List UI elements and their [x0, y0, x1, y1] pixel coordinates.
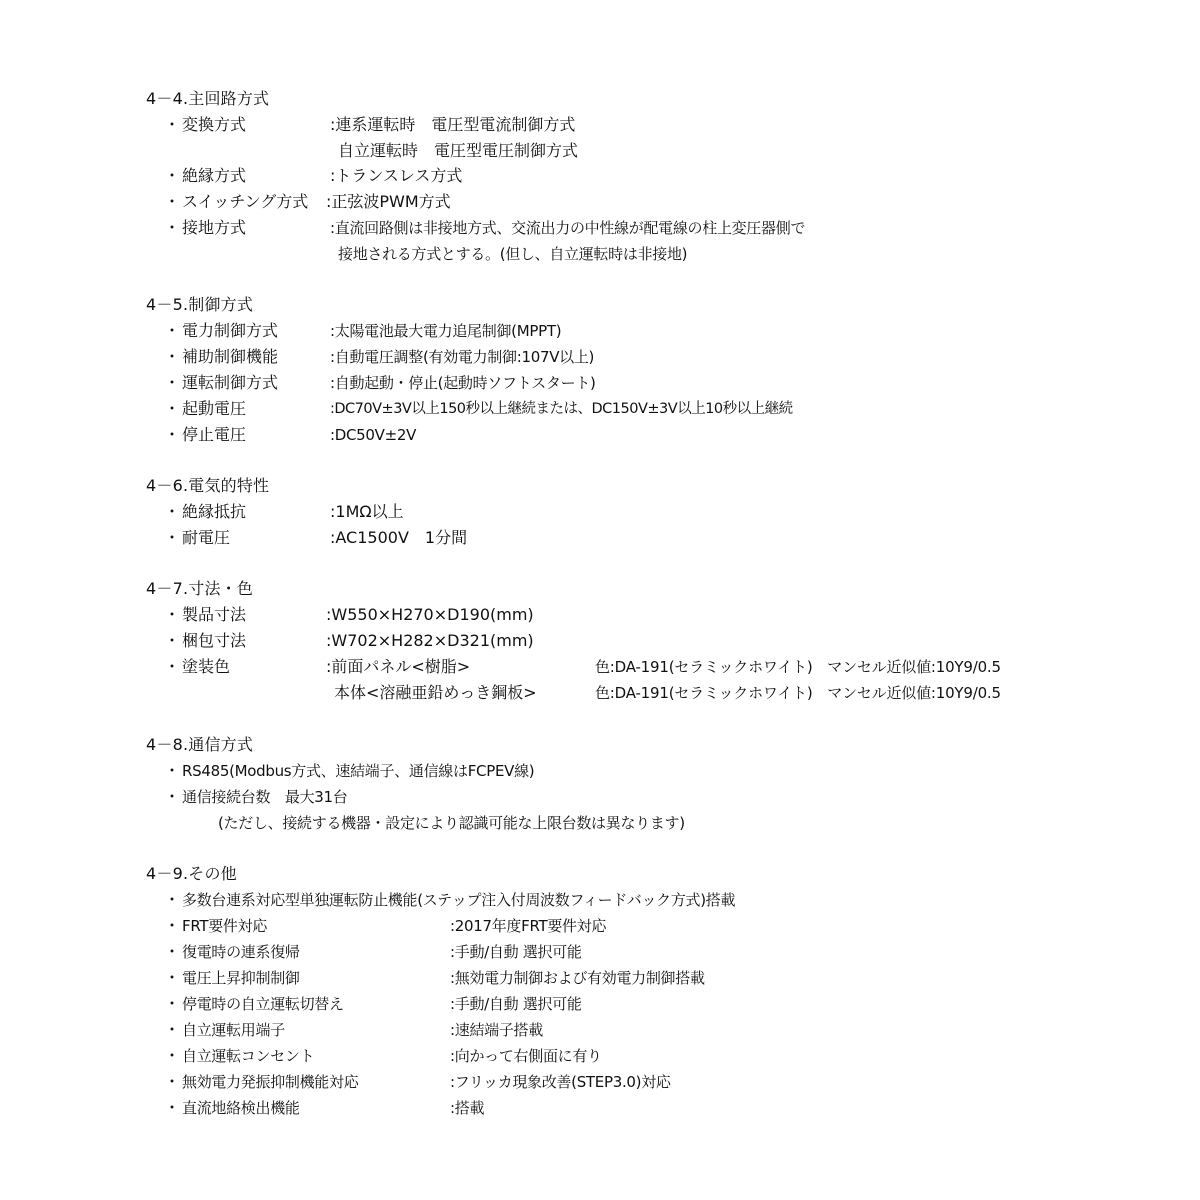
- spec-label: 梱包寸法: [182, 630, 246, 652]
- bullet: ・: [164, 346, 180, 368]
- section-heading-control: 4－5.制御方式: [146, 294, 253, 316]
- spec-label: 絶縁方式: [182, 165, 246, 187]
- spec-value-cont: 自立運転時 電圧型電圧制御方式: [338, 140, 578, 162]
- spec-value: :連系運転時 電圧型電流制御方式: [330, 114, 575, 136]
- spec-value: :トランスレス方式: [330, 165, 462, 187]
- spec-text: 通信接続台数 最大31台: [182, 786, 348, 808]
- spec-value: :W702×H282×D321(mm): [326, 630, 534, 652]
- spec-value: :向かって右側面に有り: [450, 1045, 602, 1067]
- bullet: ・: [164, 424, 180, 446]
- bullet: ・: [164, 1045, 180, 1067]
- spec-label: 接地方式: [182, 217, 246, 239]
- spec-value: :前面パネル<樹脂>: [326, 656, 470, 678]
- bullet: ・: [164, 967, 180, 989]
- bullet: ・: [164, 372, 180, 394]
- spec-label: 塗装色: [182, 656, 230, 678]
- spec-label: 停止電圧: [182, 424, 246, 446]
- spec-label: スイッチング方式: [182, 191, 308, 213]
- bullet: ・: [164, 1097, 180, 1119]
- bullet: ・: [164, 398, 180, 420]
- section-heading-other: 4－9.その他: [146, 863, 237, 885]
- spec-value: :太陽電池最大電力追尾制御(MPPT): [330, 320, 561, 342]
- spec-label: 復電時の連系復帰: [182, 941, 300, 963]
- spec-value: :2017年度FRT要件対応: [450, 915, 606, 937]
- bullet: ・: [164, 501, 180, 523]
- spec-value: :直流回路側は非接地方式、交流出力の中性線が配電線の柱上変圧器側で: [330, 217, 805, 239]
- spec-document: 4－4.主回路方式 ・ 変換方式 :連系運転時 電圧型電流制御方式 自立運転時 …: [0, 0, 1200, 1200]
- spec-value: :自動起動・停止(起動時ソフトスタート): [330, 372, 596, 394]
- bullet: ・: [164, 786, 180, 808]
- bullet: ・: [164, 114, 180, 136]
- spec-label: 補助制御機能: [182, 346, 278, 368]
- bullet: ・: [164, 604, 180, 626]
- bullet: ・: [164, 941, 180, 963]
- spec-value: :手動/自動 選択可能: [450, 941, 582, 963]
- spec-value: :速結端子搭載: [450, 1019, 543, 1041]
- spec-label: 自立運転用端子: [182, 1019, 285, 1041]
- bullet: ・: [164, 889, 180, 911]
- bullet: ・: [164, 915, 180, 937]
- spec-value: :W550×H270×D190(mm): [326, 604, 534, 626]
- spec-value: :DC50V±2V: [330, 424, 416, 446]
- bullet: ・: [164, 656, 180, 678]
- color-spec: 色:DA-191(セラミックホワイト) マンセル近似値:10Y9/0.5: [595, 682, 1001, 704]
- spec-label: 電力制御方式: [182, 320, 278, 342]
- spec-label: 停電時の自立運転切替え: [182, 993, 344, 1015]
- spec-value-cont: 接地される方式とする。(但し、自立運転時は非接地): [338, 243, 687, 265]
- spec-value: :正弦波PWM方式: [326, 191, 451, 213]
- spec-label: 起動電圧: [182, 398, 246, 420]
- spec-label: 無効電力発振抑制機能対応: [182, 1071, 358, 1093]
- section-heading-electrical: 4－6.電気的特性: [146, 475, 269, 497]
- spec-value: :フリッカ現象改善(STEP3.0)対応: [450, 1071, 671, 1093]
- spec-label: 製品寸法: [182, 604, 246, 626]
- bullet: ・: [164, 191, 180, 213]
- bullet: ・: [164, 760, 180, 782]
- spec-label: 自立運転コンセント: [182, 1045, 314, 1067]
- spec-value: :自動電圧調整(有効電力制御:107V以上): [330, 346, 594, 368]
- spec-label: 耐電圧: [182, 527, 230, 549]
- spec-value: :無効電力制御および有効電力制御搭載: [450, 967, 705, 989]
- color-spec: 色:DA-191(セラミックホワイト) マンセル近似値:10Y9/0.5: [595, 656, 1001, 678]
- section-heading-communication: 4－8.通信方式: [146, 734, 253, 756]
- spec-label: FRT要件対応: [182, 915, 267, 937]
- spec-value: :手動/自動 選択可能: [450, 993, 582, 1015]
- spec-label: 電圧上昇抑制制御: [182, 967, 300, 989]
- spec-note: (ただし、接続する機器・設定により認識可能な上限台数は異なります): [218, 812, 685, 834]
- bullet: ・: [164, 1071, 180, 1093]
- bullet: ・: [164, 320, 180, 342]
- spec-label: 直流地絡検出機能: [182, 1097, 300, 1119]
- spec-value: :AC1500V 1分間: [330, 527, 467, 549]
- spec-value: :搭載: [450, 1097, 484, 1119]
- section-heading-main-circuit: 4－4.主回路方式: [146, 88, 269, 110]
- bullet: ・: [164, 993, 180, 1015]
- bullet: ・: [164, 217, 180, 239]
- bullet: ・: [164, 630, 180, 652]
- spec-value: :DC70V±3V以上150秒以上継続または、DC150V±3V以上10秒以上継…: [330, 398, 793, 420]
- bullet: ・: [164, 1019, 180, 1041]
- section-heading-dimensions-color: 4－7.寸法・色: [146, 578, 253, 600]
- spec-label: 変換方式: [182, 114, 246, 136]
- bullet: ・: [164, 527, 180, 549]
- spec-value-cont: 本体<溶融亜鉛めっき鋼板>: [334, 682, 537, 704]
- spec-value: :1MΩ以上: [330, 501, 404, 523]
- spec-label: 運転制御方式: [182, 372, 278, 394]
- spec-label: 絶縁抵抗: [182, 501, 246, 523]
- spec-text: 多数台連系対応型単独運転防止機能(ステップ注入付周波数フィードバック方式)搭載: [182, 889, 735, 911]
- spec-text: RS485(Modbus方式、速結端子、通信線はFCPEV線): [182, 760, 534, 782]
- bullet: ・: [164, 165, 180, 187]
